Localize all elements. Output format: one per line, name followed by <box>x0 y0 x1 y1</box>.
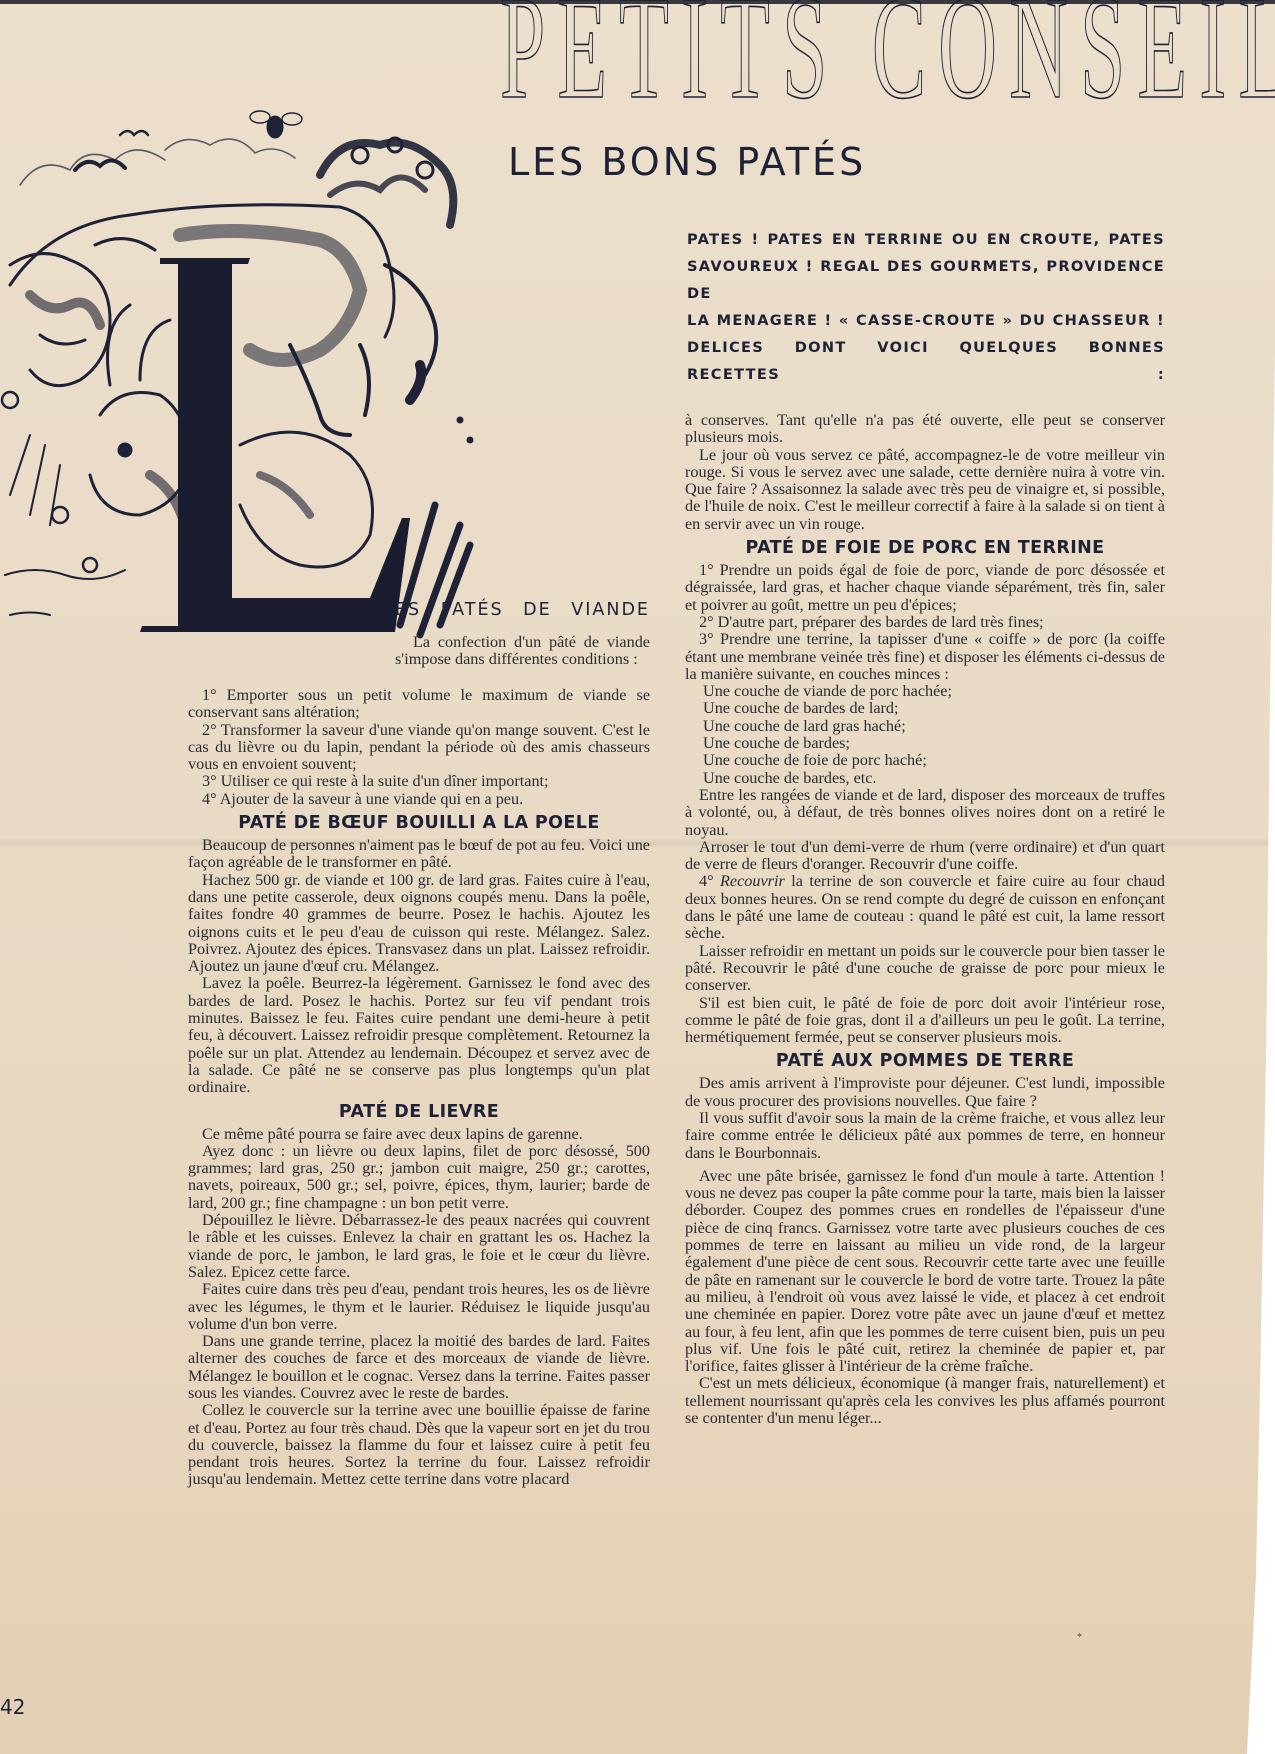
paragraph: S'il est bien cuit, le pâté de foie de p… <box>685 995 1165 1047</box>
intro-blurb: PATES ! PATES EN TERRINE OU EN CROUTE, P… <box>687 226 1165 388</box>
paragraph: Des amis arrivent à l'improviste pour dé… <box>685 1075 1165 1110</box>
intro-line: DELICES DONT VOICI QUELQUES BONNES RECET… <box>687 334 1165 388</box>
step: 4° Recouvrir la terrine de son couvercle… <box>685 873 1165 942</box>
step-emphasis: Recouvrir <box>720 872 785 890</box>
paragraph: Laisser refroidir en mettant un poids su… <box>685 943 1165 995</box>
section-heading-viande: ES PATÉS DE VIANDE <box>395 600 650 620</box>
drop-cap-letter-l <box>140 258 420 632</box>
paragraph: Entre les rangées de viande et de lard, … <box>685 787 1165 839</box>
paragraph: Il vous suffit d'avoir sous la main de l… <box>685 1110 1165 1162</box>
paragraph: Dépouillez le lièvre. Débarrassez-le des… <box>188 1212 650 1281</box>
recipe-heading-pommes: PATÉ AUX POMMES DE TERRE <box>685 1050 1165 1072</box>
step: 1° Prendre un poids égal de foie de porc… <box>685 562 1165 614</box>
step: 3° Prendre une terrine, la tapisser d'un… <box>685 631 1165 683</box>
paragraph: Hachez 500 gr. de viande et 100 gr. de l… <box>188 872 650 976</box>
paragraph: Collez le couvercle sur la terrine avec … <box>188 1402 650 1488</box>
recipe-heading-lievre: PATÉ DE LIEVRE <box>188 1101 650 1123</box>
page-number: 42 <box>0 1695 25 1719</box>
intro-line: LA MENAGERE ! « CASSE-CROUTE » DU CHASSE… <box>687 307 1165 334</box>
list-item: 1° Emporter sous un petit volume le maxi… <box>188 687 650 722</box>
layer-item: Une couche de foie de porc haché; <box>685 752 1165 769</box>
layer-item: Une couche de bardes; <box>685 735 1165 752</box>
layer-item: Une couche de lard gras haché; <box>685 718 1165 735</box>
intro-line: SAVOUREUX ! REGAL DES GOURMETS, PROVIDEN… <box>687 253 1165 307</box>
article-title: LES BONS PATÉS <box>508 140 866 184</box>
paragraph: Lavez la poêle. Beurrez-la légèrement. G… <box>188 975 650 1096</box>
end-mark: * <box>1077 1632 1082 1643</box>
paragraph: Arroser le tout d'un demi-verre de rhum … <box>685 839 1165 874</box>
list-item: 3° Utiliser ce qui reste à la suite d'un… <box>188 773 650 790</box>
paragraph: Ce même pâté pourra se faire avec deux l… <box>188 1126 650 1143</box>
paragraph: La confection d'un pâté de viande s'impo… <box>395 634 650 669</box>
heading-word: VIANDE <box>571 600 650 620</box>
heading-word: DE <box>523 600 552 620</box>
layer-item: Une couche de viande de porc hachée; <box>685 683 1165 700</box>
right-column: à conserves. Tant qu'elle n'a pas été ou… <box>685 412 1165 1427</box>
paragraph: Beaucoup de personnes n'aiment pas le bœ… <box>188 837 650 872</box>
paragraph: Dans une grande terrine, placez la moiti… <box>188 1333 650 1402</box>
magazine-page: PETITS CONSEILS LES BONS PATÉS PATES ! P… <box>0 0 1275 1754</box>
paragraph: Ayez donc : un lièvre ou deux lapins, fi… <box>188 1143 650 1212</box>
heading-word: PATÉS <box>441 600 504 620</box>
step: 2° D'autre part, préparer des bardes de … <box>685 614 1165 631</box>
section-title: PETITS CONSEILS <box>500 0 929 104</box>
list-item: 2° Transformer la saveur d'une viande qu… <box>188 722 650 774</box>
paragraph: Le jour où vous servez ce pâté, accompag… <box>685 447 1165 533</box>
layer-item: Une couche de bardes de lard; <box>685 700 1165 717</box>
paragraph: à conserves. Tant qu'elle n'a pas été ou… <box>685 412 1165 447</box>
recipe-heading-foie: PATÉ DE FOIE DE PORC EN TERRINE <box>685 537 1165 559</box>
left-column: 1° Emporter sous un petit volume le maxi… <box>188 687 650 1489</box>
paragraph: Avec une pâte brisée, garnissez le fond … <box>685 1168 1165 1376</box>
recipe-heading-boeuf: PATÉ DE BŒUF BOUILLI A LA POELE <box>188 812 650 834</box>
paragraph: C'est un mets délicieux, économique (à m… <box>685 1375 1165 1427</box>
intro-line: PATES ! PATES EN TERRINE OU EN CROUTE, P… <box>687 226 1165 253</box>
step-number: 4° <box>699 872 714 890</box>
viande-intro: La confection d'un pâté de viande s'impo… <box>395 634 650 669</box>
list-item: 4° Ajouter de la saveur à une viande qui… <box>188 791 650 808</box>
paragraph: Faites cuire dans très peu d'eau, pendan… <box>188 1281 650 1333</box>
heading-word: ES <box>395 600 421 620</box>
layer-item: Une couche de bardes, etc. <box>685 770 1165 787</box>
